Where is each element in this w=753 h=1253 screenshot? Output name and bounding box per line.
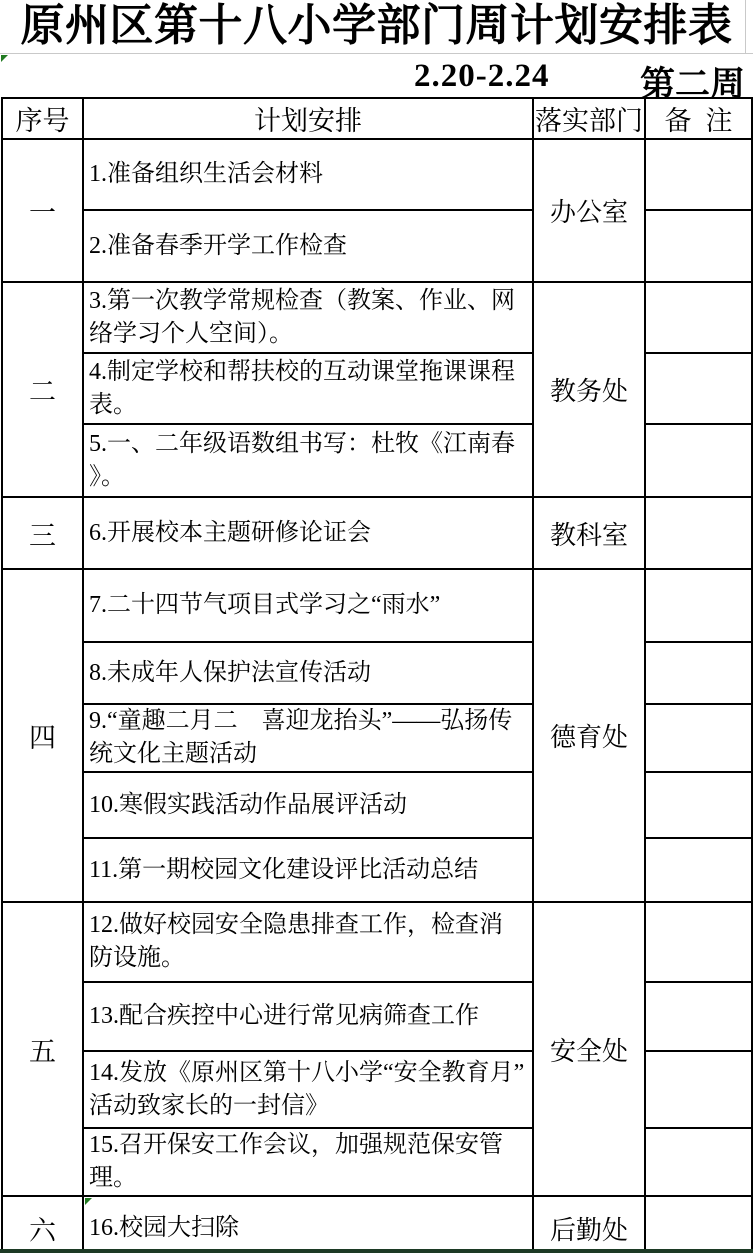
plan-cell: 10.寒假实践活动作品展评活动 [83, 772, 533, 838]
plan-cell: 7.二十四节气项目式学习之“雨水” [83, 569, 533, 642]
remark-cell [645, 569, 752, 642]
table-row: 四 7.二十四节气项目式学习之“雨水” 德育处 [2, 569, 752, 642]
spreadsheet-page: 原州区第十八小学部门周计划安排表 2.20-2.24 第二周 序号 计划安排 落… [0, 0, 753, 1253]
plan-cell: 16.校园大扫除 [83, 1196, 533, 1253]
plan-cell: 12.做好校园安全隐患排查工作，检查消防设施。 [83, 902, 533, 982]
subtitle-band: 2.20-2.24 第二周 [0, 54, 753, 97]
table-row: 一 1.准备组织生活会材料 办公室 [2, 139, 752, 210]
date-range: 2.20-2.24 [414, 58, 550, 95]
remark-cell [645, 210, 752, 282]
plan-cell: 15.召开保安工作会议，加强规范保安管理。 [83, 1128, 533, 1196]
remark-cell [645, 282, 752, 353]
table-row: 六 16.校园大扫除 后勤处 [2, 1196, 752, 1253]
remark-cell [645, 353, 752, 424]
plan-cell: 9.“童趣二月二 喜迎龙抬头”——弘扬传统文化主题活动 [83, 704, 533, 772]
plan-cell: 11.第一期校园文化建设评比活动总结 [83, 838, 533, 902]
remark-cell [645, 838, 752, 902]
table-row: 三 6.开展校本主题研修论证会 教科室 [2, 497, 752, 569]
title-band: 原州区第十八小学部门周计划安排表 [0, 0, 753, 53]
department-cell: 教务处 [533, 282, 645, 497]
page-title: 原州区第十八小学部门周计划安排表 [0, 0, 753, 52]
column-header-department: 落实部门 [533, 98, 645, 139]
error-indicator-icon [85, 1198, 92, 1205]
remark-cell [645, 772, 752, 838]
table-row: 二 3.第一次教学常规检查（教案、作业、网络学习个人空间）。 教务处 [2, 282, 752, 353]
section-index-cell: 五 [2, 902, 83, 1196]
plan-cell: 5.一、二年级语数组书写：杜牧《江南春》。 [83, 424, 533, 497]
remark-cell [645, 642, 752, 704]
plan-cell: 4.制定学校和帮扶校的互动课堂拖课课程表。 [83, 353, 533, 424]
remark-cell [645, 1196, 752, 1253]
plan-cell: 1.准备组织生活会材料 [83, 139, 533, 210]
plan-text: 16.校园大扫除 [89, 1215, 239, 1241]
remark-cell [645, 424, 752, 497]
remark-cell [645, 1051, 752, 1128]
column-header-remark: 备注 [645, 98, 752, 139]
error-indicator-icon [1, 55, 8, 62]
section-index-cell: 一 [2, 139, 83, 282]
section-index-cell: 二 [2, 282, 83, 497]
remark-cell [645, 704, 752, 772]
department-cell: 教科室 [533, 497, 645, 569]
department-cell: 办公室 [533, 139, 645, 282]
remark-cell [645, 139, 752, 210]
plan-cell: 2.准备春季开学工作检查 [83, 210, 533, 282]
column-header-plan: 计划安排 [83, 98, 533, 139]
section-index-cell: 三 [2, 497, 83, 569]
remark-cell [645, 497, 752, 569]
plan-cell: 13.配合疾控中心进行常见病筛查工作 [83, 982, 533, 1051]
plan-cell: 14.发放《原州区第十八小学“安全教育月”活动致家长的一封信》 [83, 1051, 533, 1128]
section-index-cell: 六 [2, 1196, 83, 1253]
department-cell: 安全处 [533, 902, 645, 1196]
column-header-index: 序号 [2, 98, 83, 139]
gridline-vertical [745, 0, 746, 53]
remark-cell [645, 982, 752, 1051]
bottom-green-bar [0, 1249, 753, 1253]
table-header-row: 序号 计划安排 落实部门 备注 [2, 98, 752, 139]
plan-cell: 3.第一次教学常规检查（教案、作业、网络学习个人空间）。 [83, 282, 533, 353]
department-cell: 德育处 [533, 569, 645, 902]
remark-cell [645, 902, 752, 982]
section-index-cell: 四 [2, 569, 83, 902]
table-row: 五 12.做好校园安全隐患排查工作，检查消防设施。 安全处 [2, 902, 752, 982]
department-cell: 后勤处 [533, 1196, 645, 1253]
plan-cell: 8.未成年人保护法宣传活动 [83, 642, 533, 704]
plan-cell: 6.开展校本主题研修论证会 [83, 497, 533, 569]
weekly-plan-table: 序号 计划安排 落实部门 备注 一 1.准备组织生活会材料 办公室 2.准备春季… [1, 97, 753, 1253]
remark-cell [645, 1128, 752, 1196]
